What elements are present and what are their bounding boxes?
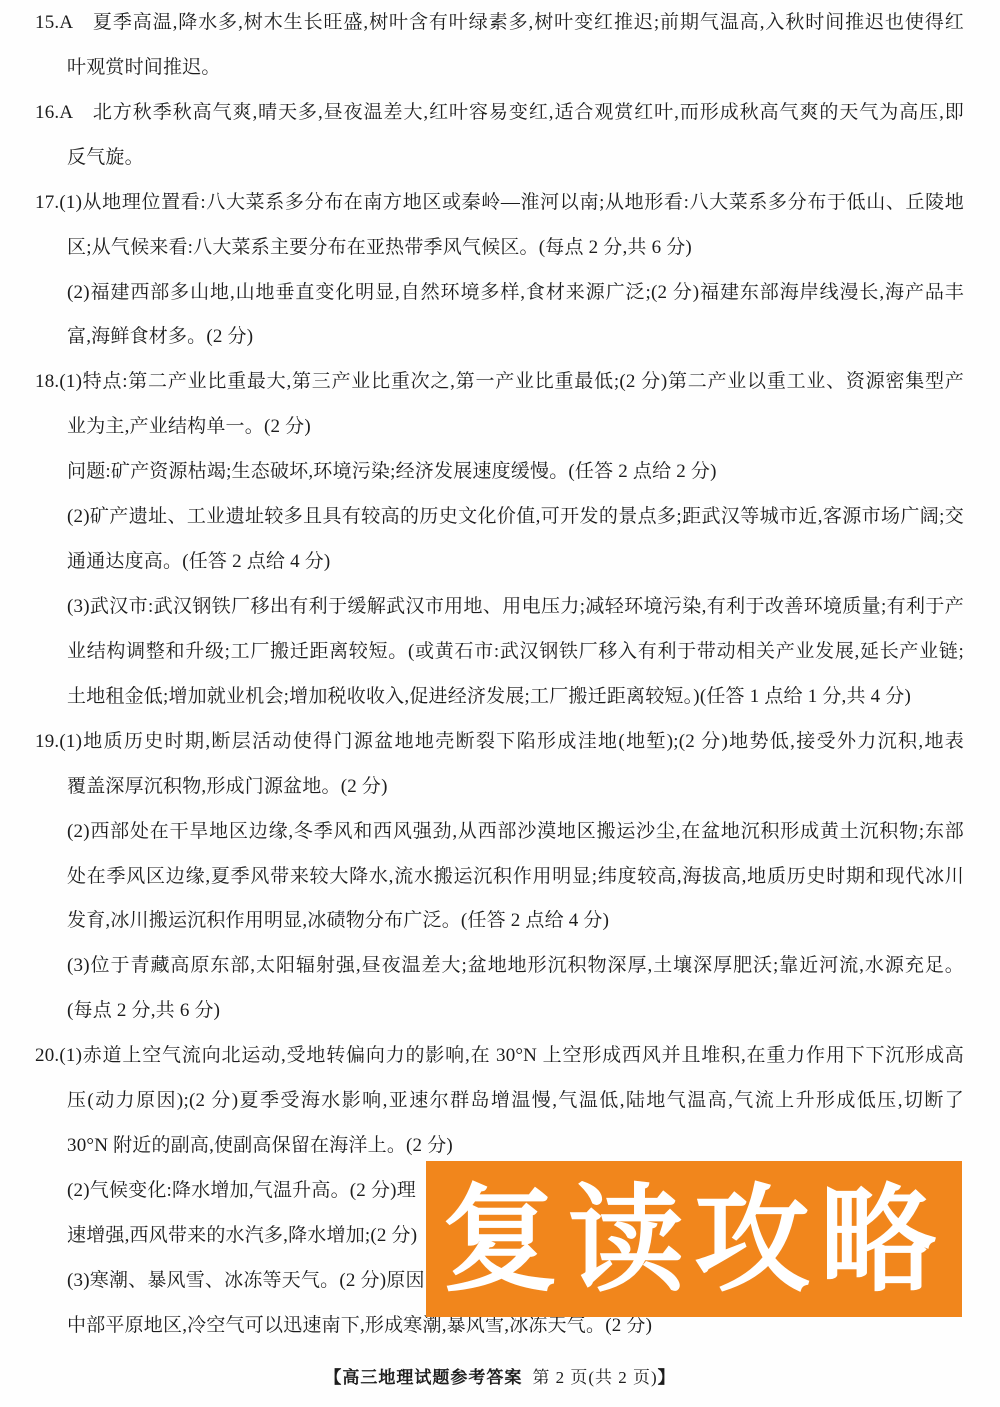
- answer-line: 通通达度高。(任答 2 点给 4 分): [35, 540, 964, 585]
- watermark-text: 复读攻略: [442, 1183, 946, 1299]
- footer-title: 【高三地理试题参考答案: [324, 1368, 522, 1388]
- answer-line: (2)福建西部多山地,山地垂直变化明显,自然环境多样,食材来源广泛;(2 分)福…: [35, 271, 964, 316]
- answer-line: 富,海鲜食材多。(2 分): [35, 315, 964, 360]
- answer-line: 问题:矿产资源枯竭;生态破坏,环境污染;经济发展速度缓慢。(任答 2 点给 2 …: [35, 450, 964, 495]
- answer-line: 19.(1)地质历史时期,断层活动使得门源盆地地壳断裂下陷形成洼地(地堑);(2…: [35, 720, 964, 765]
- answer-line: 处在季风区边缘,夏季风带来较大降水,流水搬运沉积作用明显;纬度较高,海拔高,地质…: [35, 855, 964, 900]
- answer-line: 发育,冰川搬运沉积作用明显,冰碛物分布广泛。(任答 2 点给 4 分): [35, 899, 964, 944]
- answer-line: 16.A 北方秋季秋高气爽,晴天多,昼夜温差大,红叶容易变红,适合观赏红叶,而形…: [35, 91, 964, 136]
- answer-line: 区;从气候来看:八大菜系主要分布在亚热带季风气候区。(每点 2 分,共 6 分): [35, 226, 964, 271]
- answer-line: (2)西部处在干旱地区边缘,冬季风和西风强劲,从西部沙漠地区搬运沙尘,在盆地沉积…: [35, 810, 964, 855]
- answer-line: 反气旋。: [35, 136, 964, 181]
- watermark-banner: 复读攻略: [426, 1161, 962, 1317]
- answer-line: (3)位于青藏高原东部,太阳辐射强,昼夜温差大;盆地地形沉积物深厚,土壤深厚肥沃…: [35, 944, 964, 989]
- page-footer: 【高三地理试题参考答案第 2 页(共 2 页)】: [0, 1363, 1000, 1388]
- answer-line: 业结构调整和升级;工厂搬迁距离较短。(或黄石市:武汉钢铁厂移入有利于带动相关产业…: [35, 630, 964, 675]
- answer-line: 压(动力原因);(2 分)夏季受海水影响,亚速尔群岛增温慢,气温低,陆地气温高,…: [35, 1079, 964, 1124]
- answer-line: (3)武汉市:武汉钢铁厂移出有利于缓解武汉市用地、用电压力;减轻环境污染,有利于…: [35, 585, 964, 630]
- answer-line: 叶观赏时间推迟。: [35, 46, 964, 91]
- answer-line: 17.(1)从地理位置看:八大菜系多分布在南方地区或秦岭—淮河以南;从地形看:八…: [35, 181, 964, 226]
- answer-line: 覆盖深厚沉积物,形成门源盆地。(2 分): [35, 765, 964, 810]
- answer-lines: 15.A 夏季高温,降水多,树木生长旺盛,树叶含有叶绿素多,树叶变红推迟;前期气…: [35, 1, 964, 1349]
- footer-close-bracket: 】: [658, 1368, 676, 1388]
- answer-line: 18.(1)特点:第二产业比重最大,第三产业比重次之,第一产业比重最低;(2 分…: [35, 360, 964, 405]
- answer-line: 20.(1)赤道上空气流向北运动,受地转偏向力的影响,在 30°N 上空形成西风…: [35, 1034, 964, 1079]
- answer-line: 土地租金低;增加就业机会;增加税收收入,促进经济发展;工厂搬迁距离较短。)(任答…: [35, 675, 964, 720]
- answer-line: (2)矿产遗址、工业遗址较多且具有较高的历史文化价值,可开发的景点多;距武汉等城…: [35, 495, 964, 540]
- document-page: 15.A 夏季高温,降水多,树木生长旺盛,树叶含有叶绿素多,树叶变红推迟;前期气…: [0, 0, 1000, 1407]
- footer-page-number: 第 2 页(共 2 页): [532, 1368, 657, 1387]
- answer-line: (每点 2 分,共 6 分): [35, 989, 964, 1034]
- answer-line: 15.A 夏季高温,降水多,树木生长旺盛,树叶含有叶绿素多,树叶变红推迟;前期气…: [35, 1, 964, 46]
- answer-line: 业为主,产业结构单一。(2 分): [35, 405, 964, 450]
